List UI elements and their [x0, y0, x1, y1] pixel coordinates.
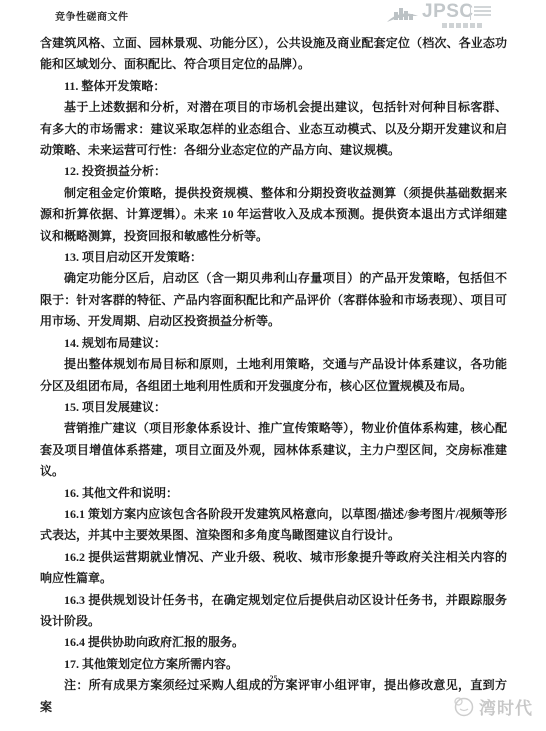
paragraph: 制定租金定价策略，提供投资规模、整体和分期投资收益测算（须提供基础数据来源和折算…	[40, 183, 507, 247]
logo-subtext-blurred	[442, 23, 482, 28]
paragraph: 基于上述数据和分析，对潜在项目的市场机会提出建议，包括针对何种目标客群、有多大的…	[40, 97, 507, 161]
paragraph: 11. 整体开发策略：	[40, 76, 507, 97]
document-type-label: 竞争性磋商文件	[55, 8, 129, 23]
paragraph: 16.4 提供协助向政府汇报的服务。	[40, 632, 507, 653]
paragraph: 14. 规划布局建议：	[40, 333, 507, 354]
jpsc-logo: JPSC	[386, 2, 494, 30]
logo-divider	[470, 5, 471, 20]
paragraph: 16.3 提供规划设计任务书，在确定规划定位后提供启动区设计任务书，并跟踪服务设…	[40, 590, 507, 633]
wanshidai-label: 湾时代	[479, 698, 533, 720]
logo-tagline-blurred	[474, 6, 491, 16]
jpsc-logo-text: JPSC	[422, 1, 474, 23]
paragraph: 13. 项目启动区开发策略：	[40, 247, 507, 268]
paragraph: 16. 其他文件和说明：	[40, 483, 507, 504]
paragraph: 提出整体规划布局目标和原则，土地利用策略，交通与产品设计体系建议，各功能分区及组…	[40, 354, 507, 397]
jpsc-building-icon	[386, 5, 420, 32]
paragraph: 16.2 提供运营期就业情况、产业升级、税收、城市形象提升等政府关注相关内容的响…	[40, 547, 507, 590]
paragraph: 15. 项目发展建议：	[40, 397, 507, 418]
paragraph: 16.1 策划方案内应该包含各阶段开发建筑风格意向，以草图/描述/参考图片/视频…	[40, 504, 507, 547]
paragraph: 营销推广建议（项目形象体系设计、推广宣传策略等），物业价值体系构建，核心配套及项…	[40, 418, 507, 482]
paragraph: 确定功能分区后，启动区（含一期贝弗利山存量项目）的产品开发策略，包括但不限于：针…	[40, 268, 507, 332]
paragraph: 含建筑风格、立面、园林景观、功能分区），公共设施及商业配套定位（档次、各业态功能…	[40, 33, 507, 76]
wanshidai-logo-icon	[452, 695, 474, 722]
paragraph: 17. 其他策划定位方案所需内容。	[40, 654, 507, 675]
page-number: 25	[40, 674, 507, 683]
document-page: 竞争性磋商文件 JPSC 含建筑风格、立面、园林景观、功能分区），公共设施及商业…	[0, 0, 546, 731]
document-body: 含建筑风格、立面、园林景观、功能分区），公共设施及商业配套定位（档次、各业态功能…	[40, 33, 507, 718]
paragraph: 12. 投资损益分析：	[40, 161, 507, 182]
wanshidai-watermark: 湾时代	[452, 695, 533, 722]
